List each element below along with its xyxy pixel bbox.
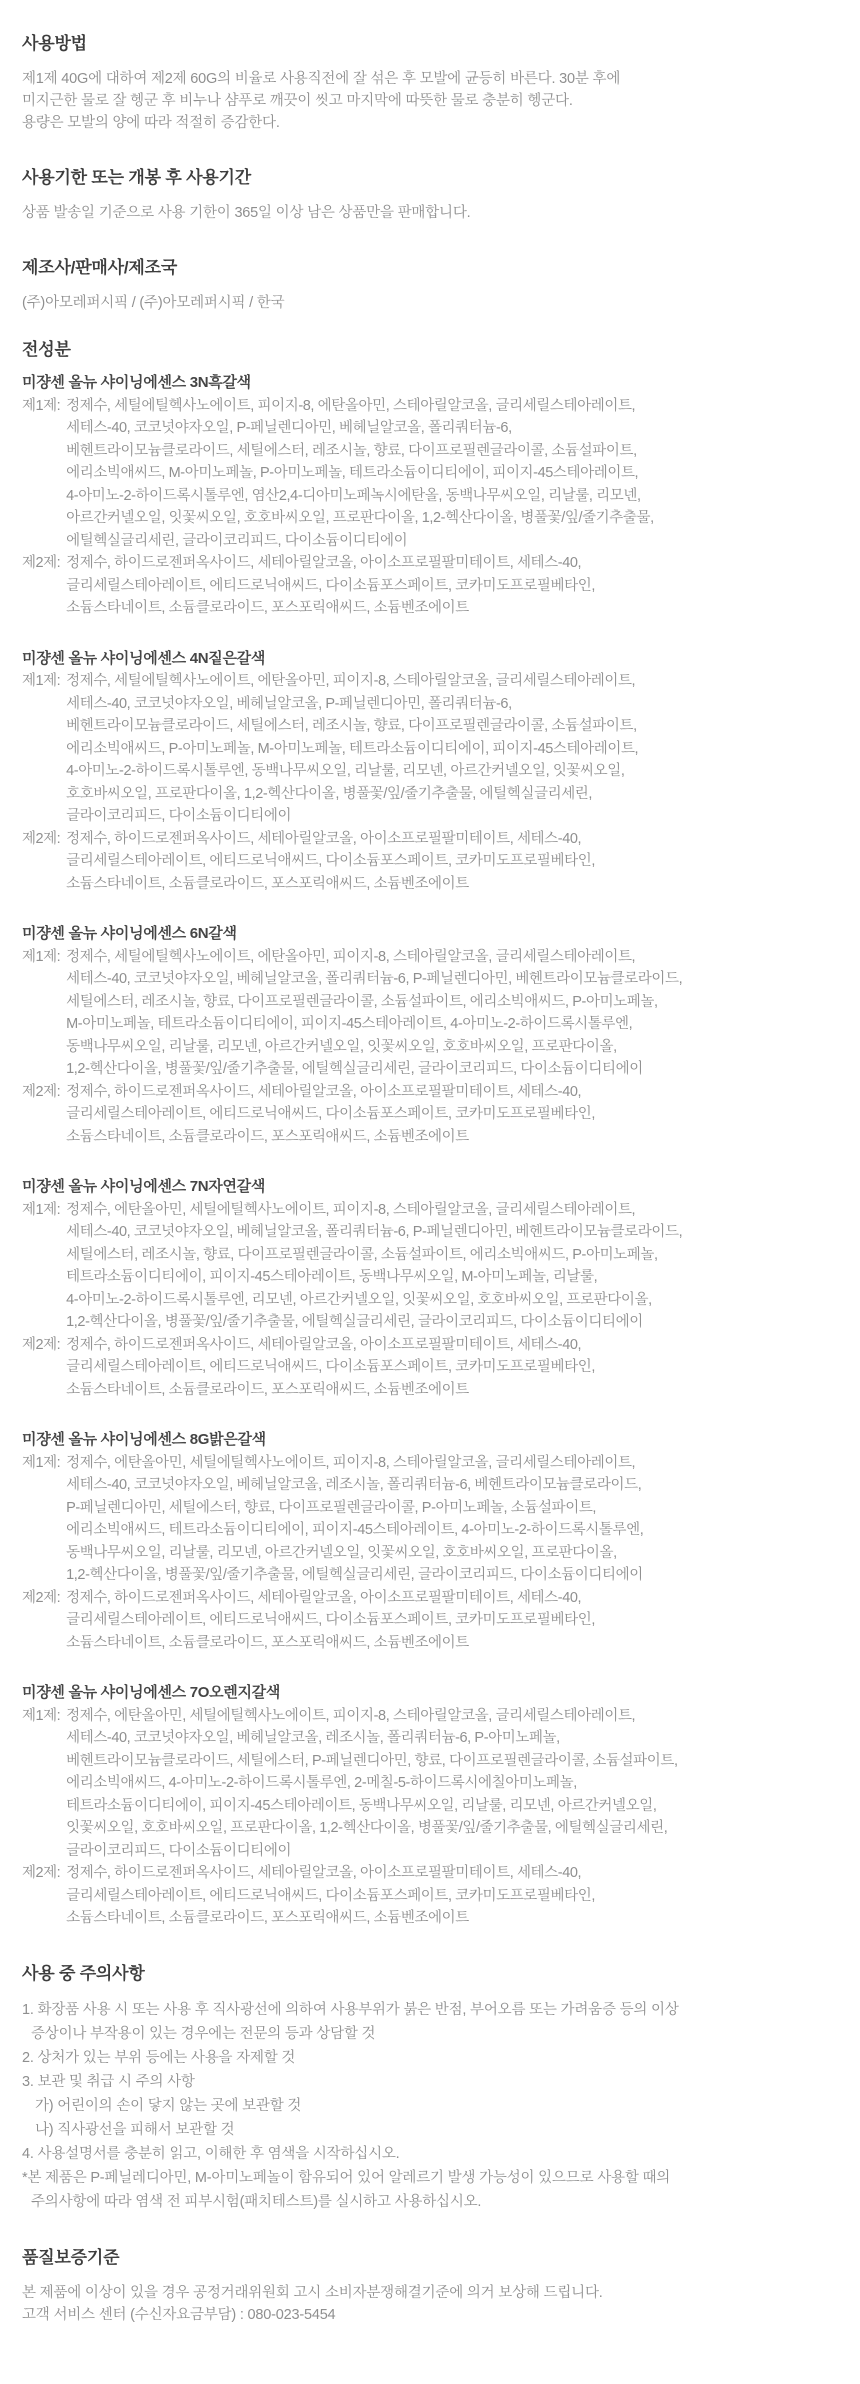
phase-part2: 제2제: 정제수, 하이드로젠퍼옥사이드, 세테아릴알코올, 아이소프로필팔미테… <box>22 1587 830 1655</box>
phase-ingredient-lines: 정제수, 하이드로젠퍼옥사이드, 세테아릴알코올, 아이소프로필팔미테이트, 세… <box>66 1081 830 1149</box>
ingredient-line: 글라이코리피드, 다이소듐이디티에이 <box>66 805 830 828</box>
ingredient-line: 소듐스타네이트, 소듐클로라이드, 포스포릭애씨드, 소듐벤조에이트 <box>66 873 830 896</box>
ingredient-line: 베헨트라이모늄클로라이드, 세틸에스터, 레조시놀, 향료, 다이프로필렌글라이… <box>66 440 830 463</box>
phase-label: 제2제: <box>22 1862 60 1885</box>
phase-ingredient-lines: 정제수, 하이드로젠퍼옥사이드, 세테아릴알코올, 아이소프로필팔미테이트, 세… <box>66 1862 830 1930</box>
phase-part2: 제2제: 정제수, 하이드로젠퍼옥사이드, 세테아릴알코올, 아이소프로필팔미테… <box>22 828 830 896</box>
phase-ingredient-lines: 정제수, 하이드로젠퍼옥사이드, 세테아릴알코올, 아이소프로필팔미테이트, 세… <box>66 828 830 896</box>
caution-item: 증상이나 부작용이 있는 경우에는 전문의 등과 상담할 것 <box>22 2022 830 2046</box>
ingredient-line: 정제수, 하이드로젠퍼옥사이드, 세테아릴알코올, 아이소프로필팔미테이트, 세… <box>66 1334 830 1357</box>
ingredient-line: 정제수, 하이드로젠퍼옥사이드, 세테아릴알코올, 아이소프로필팔미테이트, 세… <box>66 552 830 575</box>
phase-part2: 제2제: 정제수, 하이드로젠퍼옥사이드, 세테아릴알코올, 아이소프로필팔미테… <box>22 1862 830 1930</box>
expiry-line: 상품 발송일 기준으로 사용 기한이 365일 이상 남은 상품만을 판매합니다… <box>22 202 830 224</box>
caution-item: 2. 상처가 있는 부위 등에는 사용을 자제할 것 <box>22 2046 830 2070</box>
ingredient-line: 동백나무씨오일, 리날룰, 리모넨, 아르간커넬오일, 잇꽃씨오일, 호호바씨오… <box>66 1542 830 1565</box>
usage-line: 제1제 40G에 대하여 제2제 60G의 비율로 사용직전에 잘 섞은 후 모… <box>22 68 830 90</box>
ingredient-line: 소듐스타네이트, 소듐클로라이드, 포스포릭애씨드, 소듐벤조에이트 <box>66 1126 830 1149</box>
ingredient-line: 소듐스타네이트, 소듐클로라이드, 포스포릭애씨드, 소듐벤조에이트 <box>66 1379 830 1402</box>
caution-list: 1. 화장품 사용 시 또는 사용 후 직사광선에 의하여 사용부위가 붉은 반… <box>22 1998 830 2214</box>
ingredient-line: 소듐스타네이트, 소듐클로라이드, 포스포릭애씨드, 소듐벤조에이트 <box>66 1632 830 1655</box>
ingredient-line: 소듐스타네이트, 소듐클로라이드, 포스포릭애씨드, 소듐벤조에이트 <box>66 597 830 620</box>
phase-ingredient-lines: 정제수, 세틸에틸헥사노에이트, 피이지-8, 에탄올아민, 스테아릴알코올, … <box>66 395 830 553</box>
warranty-title: 품질보증기준 <box>22 2248 830 2268</box>
ingredient-line: M-아미노페놀, 테트라소듐이디티에이, 피이지-45스테아레이트, 4-아미노… <box>66 1013 830 1036</box>
product-name: 미쟝센 올뉴 샤이닝에센스 7N자연갈색 <box>22 1176 830 1199</box>
ingredient-line: 1,2-헥산다이올, 병풀꽃/잎/줄기추출물, 에틸헥실글리세린, 글라이코리피… <box>66 1311 830 1334</box>
manufacturer-title: 제조사/판매사/제조국 <box>22 258 830 278</box>
ingredient-line: 세테스-40, 코코넛야자오일, 베헤닐알코올, 레조시놀, 폴리쿼터늄-6, … <box>66 1727 830 1750</box>
ingredient-line: 4-아미노-2-하이드록시톨루엔, 리모넨, 아르간커넬오일, 잇꽃씨오일, 호… <box>66 1289 830 1312</box>
warranty-line: 본 제품에 이상이 있을 경우 공정거래위원회 고시 소비자분쟁해결기준에 의거… <box>22 2282 830 2304</box>
phase-label: 제2제: <box>22 1081 60 1104</box>
ingredient-line: 소듐스타네이트, 소듐클로라이드, 포스포릭애씨드, 소듐벤조에이트 <box>66 1907 830 1930</box>
warranty-line: 고객 서비스 센터 (수신자요금부담) : 080-023-5454 <box>22 2304 830 2326</box>
ingredient-line: 에리소빅애씨드, M-아미노페놀, P-아미노페놀, 테트라소듐이디티에이, 피… <box>66 462 830 485</box>
product-name: 미쟝센 올뉴 샤이닝에센스 3N흑갈색 <box>22 372 830 395</box>
product-name: 미쟝센 올뉴 샤이닝에센스 8G밝은갈색 <box>22 1429 830 1452</box>
ingredient-line: 정제수, 세틸에틸헥사노에이트, 에탄올아민, 피이지-8, 스테아릴알코올, … <box>66 946 830 969</box>
phase-label: 제2제: <box>22 828 60 851</box>
cautions-title: 사용 중 주의사항 <box>22 1964 830 1984</box>
ingredient-product-7n: 미쟝센 올뉴 샤이닝에센스 7N자연갈색 제1제: 정제수, 에탄올아민, 세틸… <box>22 1176 830 1401</box>
ingredient-line: 정제수, 에탄올아민, 세틸에틸헥사노에이트, 피이지-8, 스테아릴알코올, … <box>66 1452 830 1475</box>
section-ingredients: 전성분 미쟝센 올뉴 샤이닝에센스 3N흑갈색 제1제: 정제수, 세틸에틸헥사… <box>22 340 830 1930</box>
ingredient-line: 에리소빅애씨드, 테트라소듐이디티에이, 피이지-45스테아레이트, 4-아미노… <box>66 1519 830 1542</box>
caution-item: 3. 보관 및 취급 시 주의 사항 <box>22 2070 830 2094</box>
section-warranty: 품질보증기준 본 제품에 이상이 있을 경우 공정거래위원회 고시 소비자분쟁해… <box>22 2248 830 2326</box>
ingredient-line: 호호바씨오일, 프로판다이올, 1,2-헥산다이올, 병풀꽃/잎/줄기추출물, … <box>66 783 830 806</box>
ingredient-product-3n: 미쟝센 올뉴 샤이닝에센스 3N흑갈색 제1제: 정제수, 세틸에틸헥사노에이트… <box>22 372 830 620</box>
ingredient-product-7o: 미쟝센 올뉴 샤이닝에센스 7O오렌지갈색 제1제: 정제수, 에탄올아민, 세… <box>22 1682 830 1930</box>
ingredient-line: 정제수, 세틸에틸헥사노에이트, 피이지-8, 에탄올아민, 스테아릴알코올, … <box>66 395 830 418</box>
ingredient-line: 글리세릴스테아레이트, 에티드로닉애씨드, 다이소듐포스페이트, 코카미도프로필… <box>66 1356 830 1379</box>
caution-item: 1. 화장품 사용 시 또는 사용 후 직사광선에 의하여 사용부위가 붉은 반… <box>22 1998 830 2022</box>
phase-label: 제2제: <box>22 1334 60 1357</box>
phase-part2: 제2제: 정제수, 하이드로젠퍼옥사이드, 세테아릴알코올, 아이소프로필팔미테… <box>22 552 830 620</box>
ingredients-title: 전성분 <box>22 340 830 360</box>
caution-item: 나) 직사광선을 피해서 보관할 것 <box>22 2118 830 2142</box>
ingredient-line: 1,2-헥산다이올, 병풀꽃/잎/줄기추출물, 에틸헥실글리세린, 글라이코리피… <box>66 1058 830 1081</box>
product-info-page: 사용방법 제1제 40G에 대하여 제2제 60G의 비율로 사용직전에 잘 섞… <box>0 0 860 2384</box>
phase-label: 제2제: <box>22 1587 60 1610</box>
expiry-title: 사용기한 또는 개봉 후 사용기간 <box>22 168 830 188</box>
ingredient-line: 글라이코리피드, 다이소듐이디티에이 <box>66 1840 830 1863</box>
ingredient-line: 세테스-40, 코코넛야자오일, 베헤닐알코올, 폴리쿼터늄-6, P-페닐렌디… <box>66 1221 830 1244</box>
manufacturer-line: (주)아모레퍼시픽 / (주)아모레퍼시픽 / 한국 <box>22 292 830 314</box>
ingredient-line: 베헨트라이모늄클로라이드, 세틸에스터, 레조시놀, 향료, 다이프로필렌글라이… <box>66 715 830 738</box>
phase-part1: 제1제: 정제수, 세틸에틸헥사노에이트, 피이지-8, 에탄올아민, 스테아릴… <box>22 395 830 553</box>
product-name: 미쟝센 올뉴 샤이닝에센스 7O오렌지갈색 <box>22 1682 830 1705</box>
ingredient-line: 베헨트라이모늄클로라이드, 세틸에스터, P-페닐렌디아민, 향료, 다이프로필… <box>66 1750 830 1773</box>
phase-ingredient-lines: 정제수, 에탄올아민, 세틸에틸헥사노에이트, 피이지-8, 스테아릴알코올, … <box>66 1452 830 1587</box>
ingredient-line: 정제수, 하이드로젠퍼옥사이드, 세테아릴알코올, 아이소프로필팔미테이트, 세… <box>66 1081 830 1104</box>
manufacturer-text: (주)아모레퍼시픽 / (주)아모레퍼시픽 / 한국 <box>22 292 830 314</box>
ingredient-line: 세테스-40, 코코넛야자오일, 베헤닐알코올, 레조시놀, 폴리쿼터늄-6, … <box>66 1474 830 1497</box>
ingredient-line: 세테스-40, 코코넛야자오일, P-페닐렌디아민, 베헤닐알코올, 폴리쿼터늄… <box>66 417 830 440</box>
caution-item: 4. 사용설명서를 충분히 읽고, 이해한 후 염색을 시작하십시오. <box>22 2142 830 2166</box>
ingredient-line: 잇꽃씨오일, 호호바씨오일, 프로판다이올, 1,2-헥산다이올, 병풀꽃/잎/… <box>66 1817 830 1840</box>
section-usage: 사용방법 제1제 40G에 대하여 제2제 60G의 비율로 사용직전에 잘 섞… <box>22 34 830 134</box>
product-name: 미쟝센 올뉴 샤이닝에센스 6N갈색 <box>22 923 830 946</box>
ingredient-line: 정제수, 에탄올아민, 세틸에틸헥사노에이트, 피이지-8, 스테아릴알코올, … <box>66 1199 830 1222</box>
phase-label: 제1제: <box>22 395 60 418</box>
ingredient-product-8g: 미쟝센 올뉴 샤이닝에센스 8G밝은갈색 제1제: 정제수, 에탄올아민, 세틸… <box>22 1429 830 1654</box>
ingredient-line: 4-아미노-2-하이드록시톨루엔, 염산2,4-디아미노페녹시에탄올, 동백나무… <box>66 485 830 508</box>
ingredient-line: 4-아미노-2-하이드록시톨루엔, 동백나무씨오일, 리날룰, 리모넨, 아르간… <box>66 760 830 783</box>
ingredient-line: 정제수, 에탄올아민, 세틸에틸헥사노에이트, 피이지-8, 스테아릴알코올, … <box>66 1705 830 1728</box>
ingredient-line: 에리소빅애씨드, 4-아미노-2-하이드록시톨루엔, 2-메칠-5-하이드록시에… <box>66 1772 830 1795</box>
phase-label: 제1제: <box>22 1452 60 1475</box>
phase-ingredient-lines: 정제수, 세틸에틸헥사노에이트, 에탄올아민, 피이지-8, 스테아릴알코올, … <box>66 670 830 828</box>
phase-label: 제1제: <box>22 1705 60 1728</box>
usage-title: 사용방법 <box>22 34 830 54</box>
ingredient-line: 테트라소듐이디티에이, 피이지-45스테아레이트, 동백나무씨오일, 리날룰, … <box>66 1795 830 1818</box>
warranty-text: 본 제품에 이상이 있을 경우 공정거래위원회 고시 소비자분쟁해결기준에 의거… <box>22 2282 830 2326</box>
phase-label: 제1제: <box>22 1199 60 1222</box>
phase-part1: 제1제: 정제수, 에탄올아민, 세틸에틸헥사노에이트, 피이지-8, 스테아릴… <box>22 1199 830 1334</box>
ingredient-line: 1,2-헥산다이올, 병풀꽃/잎/줄기추출물, 에틸헥실글리세린, 글라이코리피… <box>66 1564 830 1587</box>
ingredient-line: 세틸에스터, 레조시놀, 향료, 다이프로필렌글라이콜, 소듐설파이트, 에리소… <box>66 991 830 1014</box>
phase-ingredient-lines: 정제수, 하이드로젠퍼옥사이드, 세테아릴알코올, 아이소프로필팔미테이트, 세… <box>66 552 830 620</box>
ingredient-line: 테트라소듐이디티에이, 피이지-45스테아레이트, 동백나무씨오일, M-아미노… <box>66 1266 830 1289</box>
phase-ingredient-lines: 정제수, 하이드로젠퍼옥사이드, 세테아릴알코올, 아이소프로필팔미테이트, 세… <box>66 1587 830 1655</box>
product-name: 미쟝센 올뉴 샤이닝에센스 4N짙은갈색 <box>22 648 830 671</box>
ingredient-product-6n: 미쟝센 올뉴 샤이닝에센스 6N갈색 제1제: 정제수, 세틸에틸헥사노에이트,… <box>22 923 830 1148</box>
ingredient-line: 세틸에스터, 레조시놀, 향료, 다이프로필렌글라이콜, 소듐설파이트, 에리소… <box>66 1244 830 1267</box>
phase-part2: 제2제: 정제수, 하이드로젠퍼옥사이드, 세테아릴알코올, 아이소프로필팔미테… <box>22 1081 830 1149</box>
ingredient-line: 동백나무씨오일, 리날룰, 리모넨, 아르간커넬오일, 잇꽃씨오일, 호호바씨오… <box>66 1036 830 1059</box>
ingredient-line: 글리세릴스테아레이트, 에티드로닉애씨드, 다이소듐포스페이트, 코카미도프로필… <box>66 575 830 598</box>
caution-item: 가) 어린이의 손이 닿지 않는 곳에 보관할 것 <box>22 2094 830 2118</box>
ingredient-line: 정제수, 하이드로젠퍼옥사이드, 세테아릴알코올, 아이소프로필팔미테이트, 세… <box>66 828 830 851</box>
ingredient-line: 세테스-40, 코코넛야자오일, 베헤닐알코올, P-페닐렌디아민, 폴리쿼터늄… <box>66 693 830 716</box>
usage-line: 용량은 모발의 양에 따라 적절히 증감한다. <box>22 112 830 134</box>
phase-part1: 제1제: 정제수, 에탄올아민, 세틸에틸헥사노에이트, 피이지-8, 스테아릴… <box>22 1452 830 1587</box>
phase-label: 제1제: <box>22 670 60 693</box>
ingredient-product-4n: 미쟝센 올뉴 샤이닝에센스 4N짙은갈색 제1제: 정제수, 세틸에틸헥사노에이… <box>22 648 830 896</box>
ingredient-line: 글리세릴스테아레이트, 에티드로닉애씨드, 다이소듐포스페이트, 코카미도프로필… <box>66 1609 830 1632</box>
section-cautions: 사용 중 주의사항 1. 화장품 사용 시 또는 사용 후 직사광선에 의하여 … <box>22 1964 830 2214</box>
ingredient-line: 세테스-40, 코코넛야자오일, 베헤닐알코올, 폴리쿼터늄-6, P-페닐렌디… <box>66 968 830 991</box>
caution-item: 주의사항에 따라 염색 전 피부시험(패치테스트)를 실시하고 사용하십시오. <box>22 2190 830 2214</box>
expiry-text: 상품 발송일 기준으로 사용 기한이 365일 이상 남은 상품만을 판매합니다… <box>22 202 830 224</box>
section-expiry: 사용기한 또는 개봉 후 사용기간 상품 발송일 기준으로 사용 기한이 365… <box>22 168 830 224</box>
ingredient-line: 에리소빅애씨드, P-아미노페놀, M-아미노페놀, 테트라소듐이디티에이, 피… <box>66 738 830 761</box>
phase-part1: 제1제: 정제수, 에탄올아민, 세틸에틸헥사노에이트, 피이지-8, 스테아릴… <box>22 1705 830 1863</box>
usage-text: 제1제 40G에 대하여 제2제 60G의 비율로 사용직전에 잘 섞은 후 모… <box>22 68 830 134</box>
phase-label: 제2제: <box>22 552 60 575</box>
phase-part1: 제1제: 정제수, 세틸에틸헥사노에이트, 에탄올아민, 피이지-8, 스테아릴… <box>22 670 830 828</box>
phase-ingredient-lines: 정제수, 하이드로젠퍼옥사이드, 세테아릴알코올, 아이소프로필팔미테이트, 세… <box>66 1334 830 1402</box>
phase-ingredient-lines: 정제수, 세틸에틸헥사노에이트, 에탄올아민, 피이지-8, 스테아릴알코올, … <box>66 946 830 1081</box>
phase-part2: 제2제: 정제수, 하이드로젠퍼옥사이드, 세테아릴알코올, 아이소프로필팔미테… <box>22 1334 830 1402</box>
phase-ingredient-lines: 정제수, 에탄올아민, 세틸에틸헥사노에이트, 피이지-8, 스테아릴알코올, … <box>66 1705 830 1863</box>
phase-ingredient-lines: 정제수, 에탄올아민, 세틸에틸헥사노에이트, 피이지-8, 스테아릴알코올, … <box>66 1199 830 1334</box>
ingredient-line: P-페닐렌디아민, 세틸에스터, 향료, 다이프로필렌글라이콜, P-아미노페놀… <box>66 1497 830 1520</box>
phase-part1: 제1제: 정제수, 세틸에틸헥사노에이트, 에탄올아민, 피이지-8, 스테아릴… <box>22 946 830 1081</box>
ingredient-line: 정제수, 세틸에틸헥사노에이트, 에탄올아민, 피이지-8, 스테아릴알코올, … <box>66 670 830 693</box>
phase-label: 제1제: <box>22 946 60 969</box>
ingredient-line: 에틸헥실글리세린, 글라이코리피드, 다이소듐이디티에이 <box>66 530 830 553</box>
ingredient-line: 정제수, 하이드로젠퍼옥사이드, 세테아릴알코올, 아이소프로필팔미테이트, 세… <box>66 1862 830 1885</box>
ingredient-line: 글리세릴스테아레이트, 에티드로닉애씨드, 다이소듐포스페이트, 코카미도프로필… <box>66 850 830 873</box>
section-manufacturer: 제조사/판매사/제조국 (주)아모레퍼시픽 / (주)아모레퍼시픽 / 한국 <box>22 258 830 314</box>
usage-line: 미지근한 물로 잘 헹군 후 비누나 샴푸로 깨끗이 씻고 마지막에 따뜻한 물… <box>22 90 830 112</box>
caution-item: *본 제품은 P-페닐레디아민, M-아미노페놀이 함유되어 있어 알레르기 발… <box>22 2166 830 2190</box>
ingredient-line: 글리세릴스테아레이트, 에티드로닉애씨드, 다이소듐포스페이트, 코카미도프로필… <box>66 1103 830 1126</box>
ingredient-line: 글리세릴스테아레이트, 에티드로닉애씨드, 다이소듐포스페이트, 코카미도프로필… <box>66 1885 830 1908</box>
ingredient-line: 정제수, 하이드로젠퍼옥사이드, 세테아릴알코올, 아이소프로필팔미테이트, 세… <box>66 1587 830 1610</box>
ingredient-line: 아르간커넬오일, 잇꽃씨오일, 호호바씨오일, 프로판다이올, 1,2-헥산다이… <box>66 507 830 530</box>
